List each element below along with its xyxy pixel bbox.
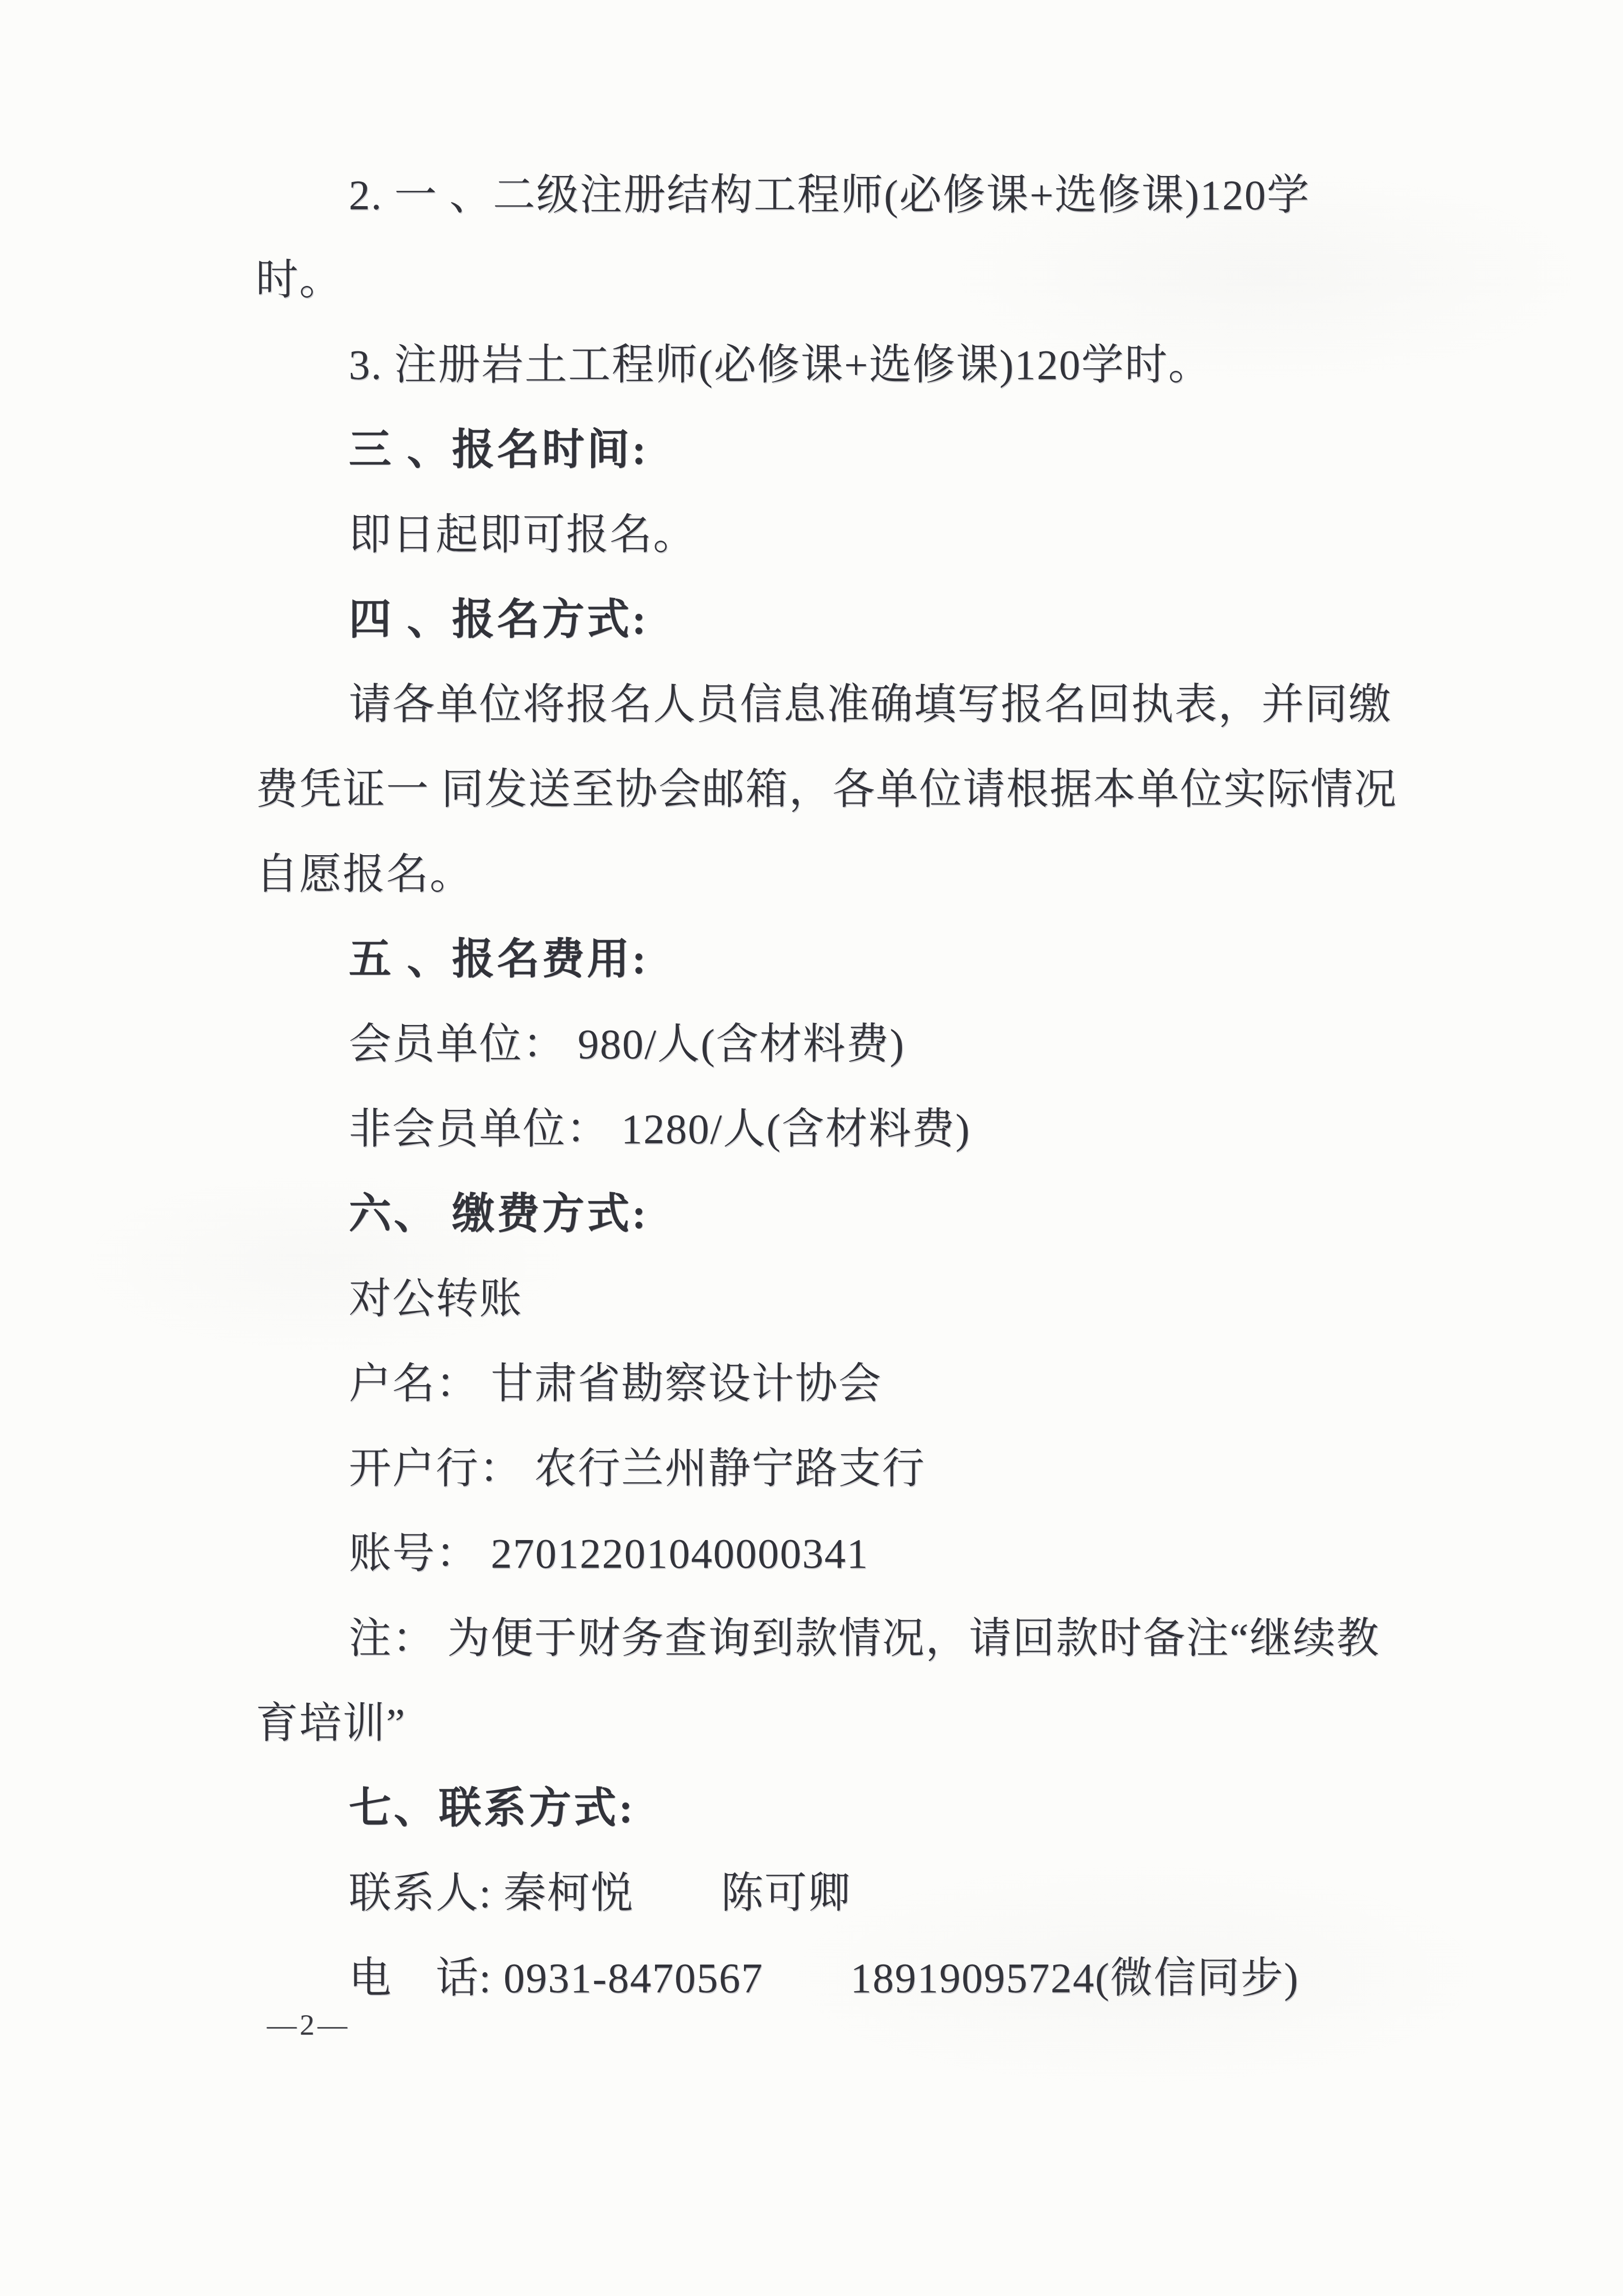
heading-registration-time: 三 、报名时间: — [256, 407, 1383, 492]
registration-method-line3: 自愿报名。 — [256, 832, 1383, 917]
course-item-2-line2: 时。 — [256, 237, 1383, 322]
course-item-2-line1: 2. 一 、二级注册结构工程师(必修课+选修课)120学 — [256, 152, 1383, 237]
page-number: —2— — [267, 2008, 350, 2042]
course-item-3: 3. 注册岩土工程师(必修课+选修课)120学时。 — [256, 322, 1383, 407]
heading-registration-method: 四 、报名方式: — [256, 577, 1383, 662]
document-page: 2. 一 、二级注册结构工程师(必修课+选修课)120学 时。 3. 注册岩土工… — [0, 0, 1623, 2296]
contact-phones-line: 电 话: 0931-8470567 18919095724(微信同步) — [256, 1935, 1383, 2020]
fee-nonmember-line: 非会员单位： 1280/人(含材料费) — [256, 1086, 1383, 1171]
registration-method-line1: 请各单位将报名人员信息准确填写报名回执表，并同缴 — [256, 662, 1383, 747]
heading-payment-method: 六、 缴费方式: — [256, 1171, 1383, 1256]
document-body: 2. 一 、二级注册结构工程师(必修课+选修课)120学 时。 3. 注册岩土工… — [256, 152, 1383, 2020]
account-number-line: 账号： 27012201040000341 — [256, 1511, 1383, 1596]
registration-time-text: 即日起即可报名。 — [256, 492, 1383, 577]
payment-note-line1: 注： 为便于财务查询到款情况，请回款时备注“继续教 — [256, 1596, 1383, 1681]
account-name-line: 户名： 甘肃省勘察设计协会 — [256, 1341, 1383, 1426]
payment-note-line2: 育培训” — [256, 1681, 1383, 1766]
registration-method-line2: 费凭证一 同发送至协会邮箱，各单位请根据本单位实际情况 — [256, 747, 1383, 832]
heading-contact: 七、联系方式: — [256, 1766, 1383, 1851]
payment-method-text: 对公转账 — [256, 1256, 1383, 1341]
bank-branch-line: 开户行： 农行兰州静宁路支行 — [256, 1426, 1383, 1511]
fee-member-line: 会员单位： 980/人(含材料费) — [256, 1001, 1383, 1086]
heading-registration-fee: 五 、报名费用: — [256, 917, 1383, 1001]
contact-persons-line: 联系人: 秦柯悦 陈可卿 — [256, 1851, 1383, 1935]
